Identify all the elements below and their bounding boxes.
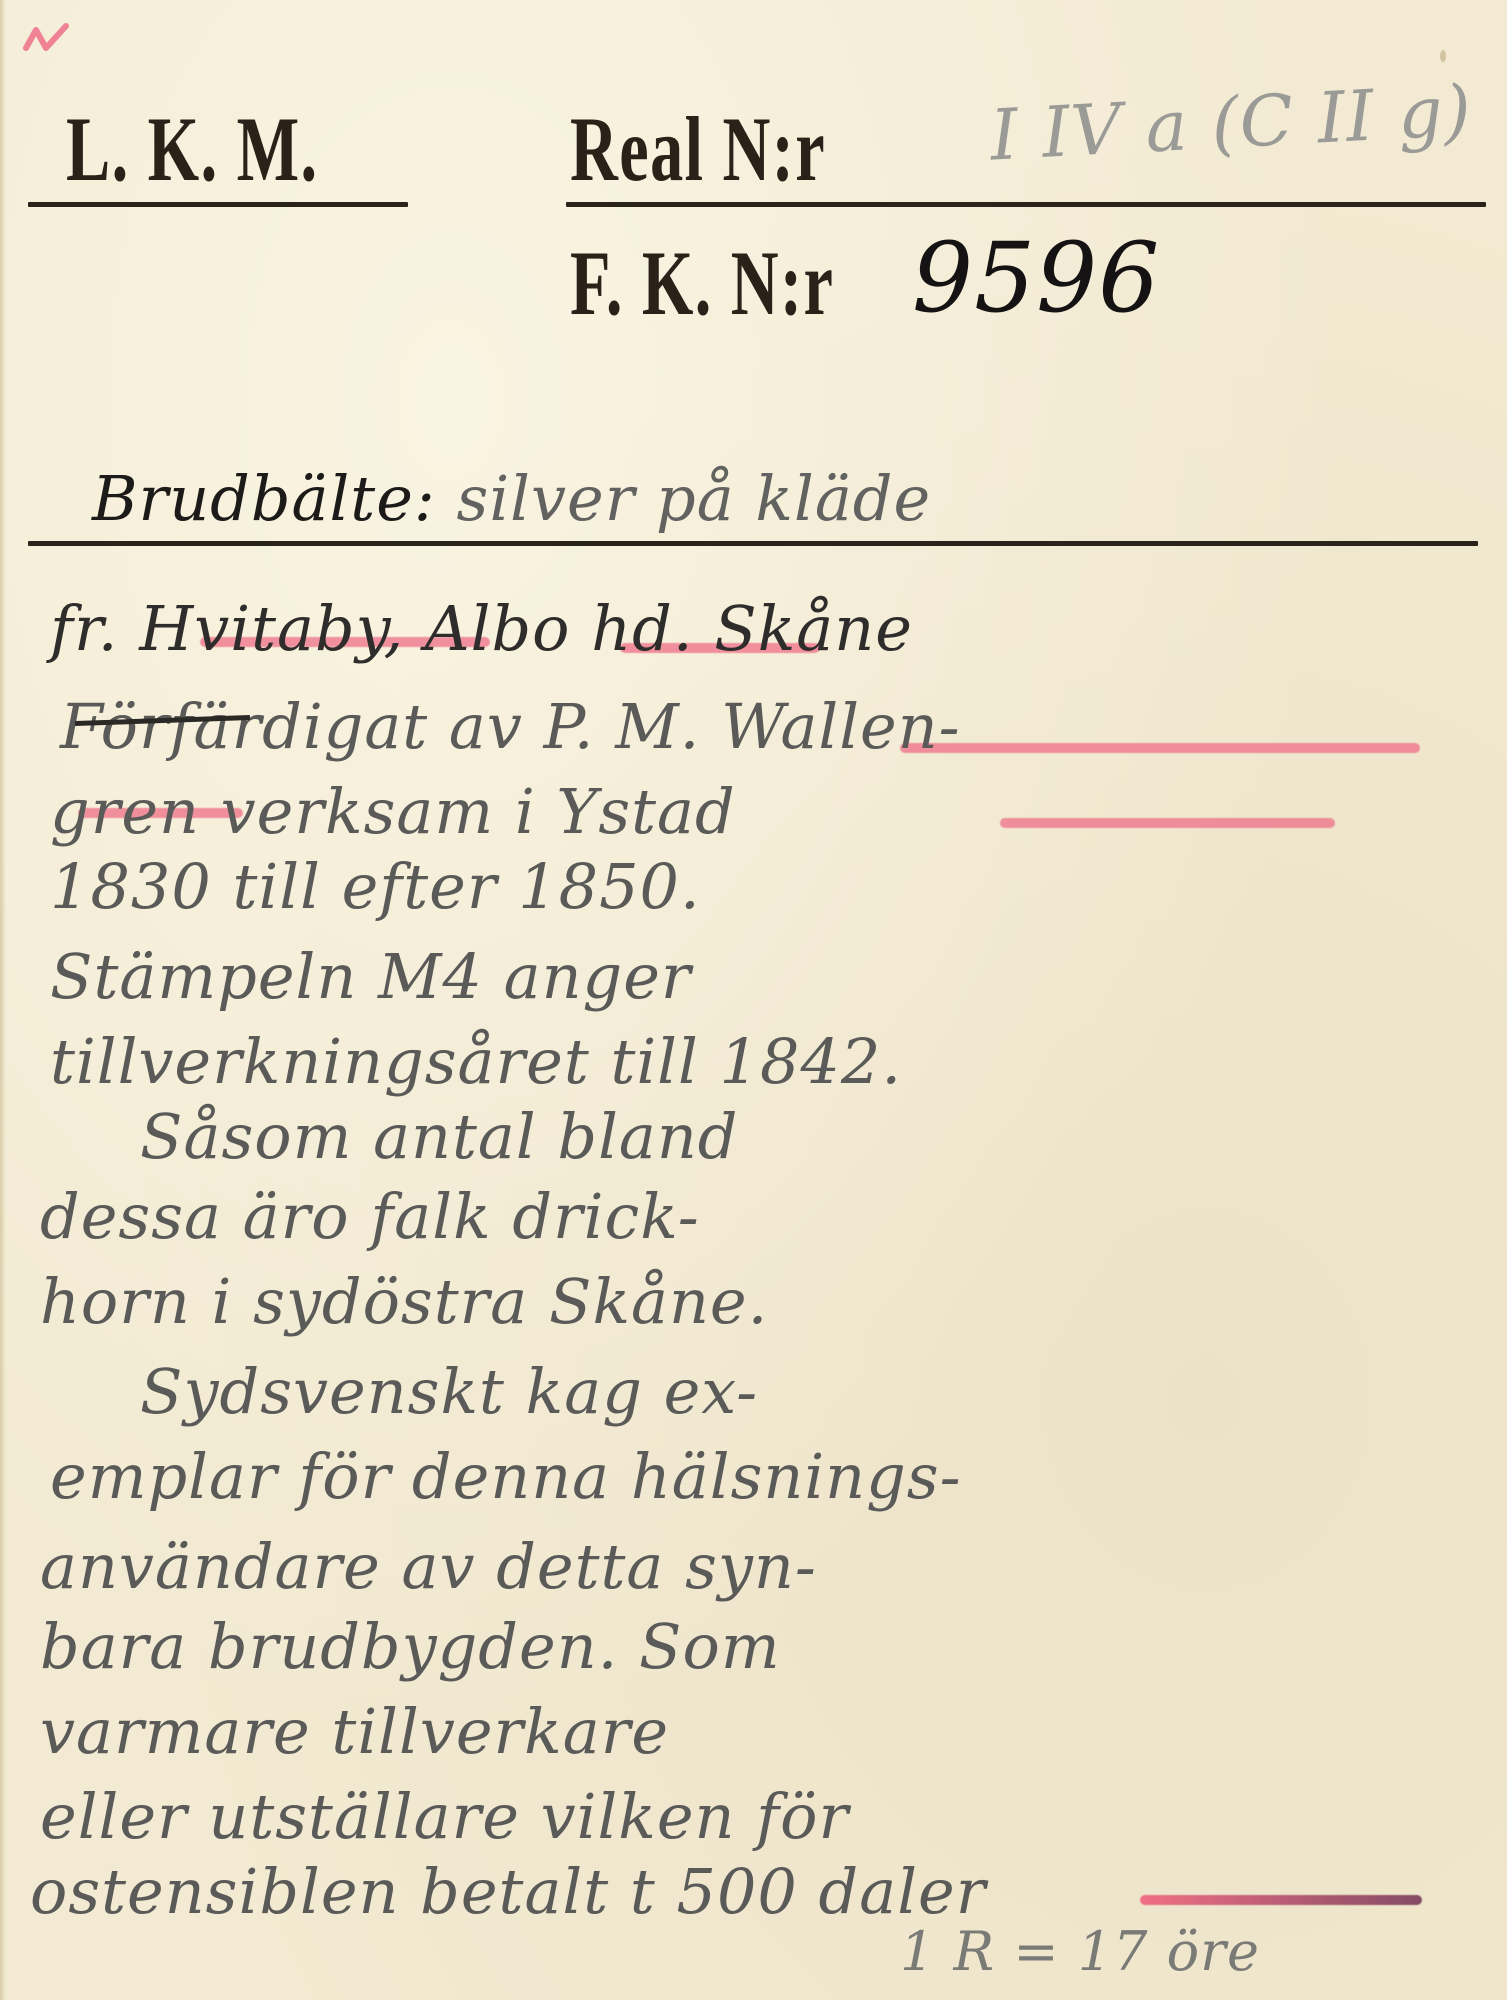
header-rule-left <box>28 202 408 207</box>
lkm-label: L. K. M. <box>66 96 319 202</box>
currency-note: 1 R = 17 öre <box>900 1920 1260 1983</box>
object-title: Brudbälte: silver på kläde <box>92 462 931 535</box>
real-nr-value: I IV a (C II g) <box>988 69 1474 176</box>
body-line: bara brudbygden. Som <box>40 1610 781 1683</box>
body-line: dessa äro falk drick- <box>40 1180 700 1253</box>
body-line: Stämpeln M4 anger <box>50 940 692 1013</box>
body-line: gren verksam i Ystad <box>50 775 736 848</box>
fk-nr-value: 9596 <box>912 222 1160 334</box>
highlight-sum <box>1140 1895 1422 1905</box>
body-line: Förfärdigat av P. M. Wallen- <box>60 690 961 763</box>
body-line: Sydsvenskt kag ex- <box>140 1355 758 1428</box>
highlight-ystad <box>1000 818 1335 828</box>
real-nr-label: Real N:r <box>570 96 826 202</box>
body-line: Såsom antal bland <box>140 1100 739 1173</box>
ink-speck <box>1440 50 1446 62</box>
card-edge <box>0 0 6 2000</box>
check-mark-icon <box>22 22 70 56</box>
body-line: ostensiblen betalt t 500 daler <box>30 1855 986 1928</box>
title-rule <box>28 541 1478 546</box>
header-rule-right <box>566 202 1486 207</box>
body-line: emplar för denna hälsnings- <box>50 1440 962 1513</box>
body-line: eller utställare vilken för <box>40 1780 849 1853</box>
body-line: fr. Hvitaby, Albo hd. Skåne <box>50 592 913 665</box>
object-name: Brudbälte: <box>92 462 436 535</box>
object-material: silver på kläde <box>457 462 932 535</box>
body-line: 1830 till efter 1850. <box>50 850 701 923</box>
fk-nr-label: F. K. N:r <box>570 230 834 336</box>
body-line: användare av detta syn- <box>40 1530 817 1603</box>
body-line: tillverkningsåret till 1842. <box>50 1025 902 1098</box>
body-line: horn i sydöstra Skåne. <box>40 1265 768 1338</box>
catalog-card: L. K. M. Real N:r I IV a (C II g) F. K. … <box>0 0 1507 2000</box>
highlight-wallen <box>900 743 1420 753</box>
body-line: varmare tillverkare <box>40 1695 669 1768</box>
